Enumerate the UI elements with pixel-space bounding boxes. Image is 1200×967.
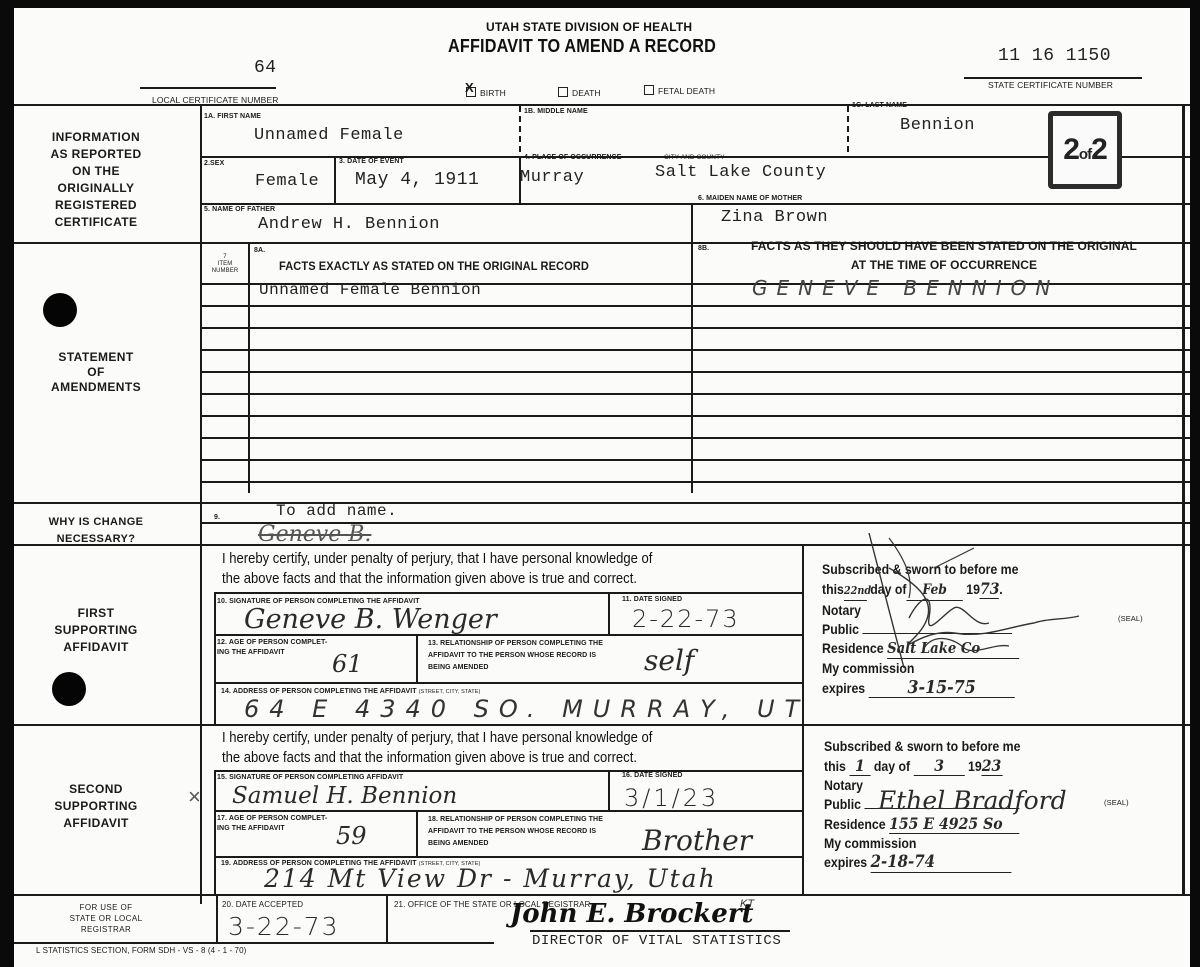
why-change-number: 9. [214, 514, 220, 521]
second-affidavit-section-title: SECOND SUPPORTING AFFIDAVIT [26, 781, 166, 832]
second-certify-line-1: I hereby certify, under penalty of perju… [222, 730, 652, 746]
date-accepted: 3-22-73 [228, 912, 340, 941]
second-age-label: 17. AGE OF PERSON COMPLET- ING THE AFFID… [217, 814, 327, 834]
registrar-section-title: FOR USE OF STATE OR LOCAL REGISTRAR [56, 902, 156, 935]
record-type-birth[interactable]: BIRTH [466, 87, 506, 98]
first-age-label: 12. AGE OF PERSON COMPLET- ING THE AFFID… [217, 638, 327, 658]
first-address: 64 E 4340 SO. MURRAY, UT [244, 695, 809, 723]
sex-label: 2.SEX [204, 160, 224, 167]
first-notary-signature [834, 528, 1094, 688]
scan-border-right [1190, 0, 1200, 967]
original-info-section-title: INFORMATION AS REPORTED ON THE ORIGINALL… [26, 129, 166, 231]
first-signature: Geneve B. Wenger [244, 604, 497, 635]
place-of-occurrence-sublabel: CITY AND COUNTY [664, 154, 725, 161]
first-relationship-label: 13. RELATIONSHIP OF PERSON COMPLETING TH… [428, 638, 603, 674]
registrar-initials: KT [740, 898, 754, 910]
birth-checkbox[interactable] [466, 87, 476, 97]
col-8a-header: FACTS EXACTLY AS STATED ON THE ORIGINAL … [279, 259, 589, 273]
first-relationship: self [644, 644, 694, 677]
state-certificate-label: STATE CERTIFICATE NUMBER [988, 80, 1113, 90]
second-address: 214 Mt View Dr - Murray, Utah [264, 864, 717, 893]
second-age: 59 [336, 822, 367, 850]
father-name-label: 5. NAME OF FATHER [204, 206, 275, 213]
agency-name: UTAH STATE DIVISION OF HEALTH [486, 20, 692, 34]
item-number-header: 7 ITEM NUMBER [202, 254, 248, 275]
punch-hole-marker-2 [52, 672, 86, 706]
second-date-signed: 3/1/23 [624, 784, 719, 812]
date-of-event-value: May 4, 1911 [355, 170, 479, 190]
second-signature: Samuel H. Bennion [232, 783, 457, 809]
amendment-row-1-corrected: GENEVE BENNION [752, 276, 1059, 300]
col-8a-number: 8A. [254, 247, 265, 254]
first-notary-seal: (SEAL) [1118, 614, 1143, 623]
place-county-value: Salt Lake County [655, 163, 826, 182]
first-certify-line-1: I hereby certify, under penalty of perju… [222, 551, 652, 567]
fetal-death-checkbox[interactable] [644, 85, 654, 95]
second-relationship-label: 18. RELATIONSHIP OF PERSON COMPLETING TH… [428, 814, 603, 850]
father-name-value: Andrew H. Bennion [258, 215, 440, 234]
death-checkbox[interactable] [558, 87, 568, 97]
col-8b-number: 8B. [698, 245, 709, 252]
first-age: 61 [332, 650, 363, 678]
second-relationship: Brother [642, 824, 752, 857]
registrar-signature: John E. Brockert [510, 899, 754, 929]
second-date-signed-label: 16. DATE SIGNED [622, 772, 683, 779]
state-certificate-number: 11 16 1150 [998, 46, 1111, 66]
second-signature-x-mark: × [188, 784, 201, 810]
second-notary-signature: Ethel Bradford [878, 786, 1067, 815]
date-accepted-label: 20. DATE ACCEPTED [222, 900, 303, 909]
second-signature-label: 15. SIGNATURE OF PERSON COMPLETING AFFID… [217, 774, 403, 781]
last-name-value: Bennion [900, 116, 975, 135]
amendments-section-title: STATEMENT OF AMENDMENTS [26, 350, 166, 395]
col-8b-header: FACTS AS THEY SHOULD HAVE BEEN STATED ON… [714, 237, 1174, 275]
second-notary-seal: (SEAL) [1104, 798, 1129, 807]
date-of-event-label: 3. DATE OF EVENT [339, 158, 404, 165]
form-id-footer: L STATISTICS SECTION, FORM SDH - VS - 8 … [36, 946, 246, 955]
place-of-occurrence-label: 4. PLACE OF OCCURRENCE [524, 154, 622, 161]
sex-value: Female [255, 172, 319, 191]
second-certify-line-2: the above facts and that the information… [222, 750, 637, 766]
why-change-section-title: WHY IS CHANGE NECESSARY? [26, 514, 166, 548]
record-type-fetal-death[interactable]: FETAL DEATH [644, 85, 715, 96]
first-date-signed: 2-22-73 [632, 605, 740, 633]
director-title: DIRECTOR OF VITAL STATISTICS [532, 933, 781, 949]
punch-hole-marker [43, 293, 77, 327]
why-change-reason: To add name. [276, 502, 397, 520]
affidavit-document: UTAH STATE DIVISION OF HEALTH AFFIDAVIT … [14, 8, 1190, 967]
scan-border-top [0, 0, 1200, 8]
mother-maiden-name-value: Zina Brown [721, 208, 828, 227]
mother-maiden-name-label: 6. MAIDEN NAME OF MOTHER [698, 195, 802, 202]
first-certify-line-2: the above facts and that the information… [222, 571, 637, 587]
local-certificate-number: 64 [254, 58, 277, 78]
first-name-value: Unnamed Female [254, 126, 404, 145]
first-address-label: 14. ADDRESS OF PERSON COMPLETING THE AFF… [221, 688, 480, 695]
first-name-label: 1A. FIRST NAME [204, 113, 261, 120]
middle-name-label: 1B. MIDDLE NAME [524, 108, 588, 115]
page-count-stamp: 2of2 [1048, 111, 1122, 189]
first-affidavit-section-title: FIRST SUPPORTING AFFIDAVIT [26, 605, 166, 656]
amendment-row-1-original: Unnamed Female Bennion [259, 281, 481, 299]
first-date-signed-label: 11. DATE SIGNED [622, 596, 682, 603]
place-city-value: Murray [520, 168, 584, 187]
form-title: AFFIDAVIT TO AMEND A RECORD [448, 36, 716, 57]
last-name-label: 1C. LAST NAME [852, 102, 907, 109]
record-type-death[interactable]: DEATH [558, 87, 601, 98]
